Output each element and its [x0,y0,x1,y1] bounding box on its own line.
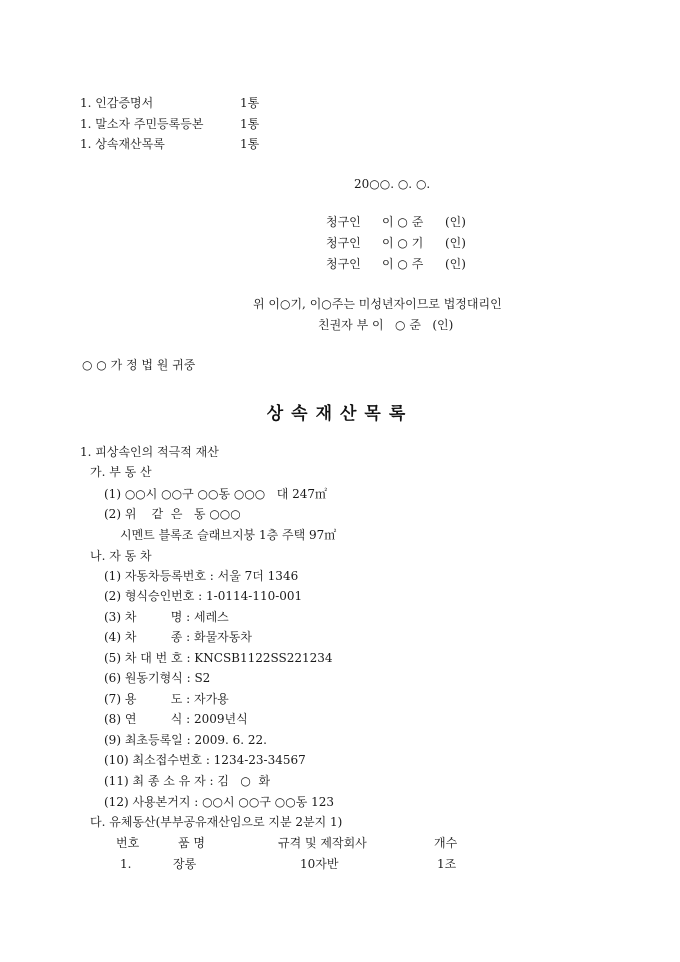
attachment-qty: 1통 [240,116,259,132]
vehicle-item: (8) 연 식 : 2009년식 [104,711,248,727]
vehicle-item: (10) 최소접수번호 : 1234-23-34567 [104,752,306,768]
vehicle-item: (11) 최 종 소 유 자 : 김 ○ 화 [104,773,270,789]
table-cell-count: 1조 [437,856,456,872]
real-estate-item: (1) ○○시 ○○구 ○○동 ○○○ 대 247㎡ [104,486,327,502]
section-heading: 1. 피상속인의 적극적 재산 [80,444,219,460]
claimant-name: 이 ○ 준 [382,214,423,230]
claimant-name: 이 ○ 주 [382,256,423,272]
attachment-qty: 1통 [240,95,259,111]
document-title: 상속재산목록 [0,399,680,424]
claimant-seal: (인) [445,214,466,230]
table-cell-number: 1. [120,856,131,872]
vehicle-item: (9) 최초등록일 : 2009. 6. 22. [104,732,267,748]
attachment-item: 1. 상속재산목록 [80,136,165,152]
real-estate-item: (2) 위 같 은 동 ○○○ [104,506,241,522]
claimant-role: 청구인 [326,214,361,230]
claimant-seal: (인) [445,256,466,272]
vehicle-item: (3) 차 명 : 세레스 [104,609,229,625]
table-header-number: 번호 [116,835,139,851]
subsection-heading-movables: 다. 유체동산(부부공유재산임으로 지분 2분지 1) [90,814,342,830]
claimant-role: 청구인 [326,256,361,272]
attachment-item: 1. 인감증명서 [80,95,153,111]
court-addressee: ○ ○ 가 정 법 원 귀중 [82,357,195,373]
vehicle-item: (1) 자동차등록번호 : 서울 7더 1346 [104,568,298,584]
subsection-heading-real-estate: 가. 부 동 산 [90,464,152,480]
vehicle-item: (6) 원동기형식 : S2 [104,670,210,686]
vehicle-item: (5) 차 대 번 호 : KNCSB1122SS221234 [104,650,333,666]
document-date: 20○○. ○. ○. [354,176,430,192]
table-header-item-name: 품 명 [178,835,205,851]
vehicle-item: (2) 형식승인번호 : 1-0114-110-001 [104,588,302,604]
attachment-item: 1. 말소자 주민등록등본 [80,116,203,132]
real-estate-item: 시멘트 블록조 슬래브지붕 1층 주택 97㎡ [120,527,336,543]
claimant-name: 이 ○ 기 [382,235,423,251]
table-header-count: 개수 [434,835,457,851]
claimant-role: 청구인 [326,235,361,251]
proxy-guardian: 친권자 부 이 ○ 준 (인) [318,317,453,333]
table-header-spec-maker: 규격 및 제작회사 [278,835,367,851]
claimant-seal: (인) [445,235,466,251]
vehicle-item: (4) 차 종 : 화물자동차 [104,629,252,645]
vehicle-item: (12) 사용본거지 : ○○시 ○○구 ○○동 123 [104,794,334,810]
subsection-heading-vehicle: 나. 자 동 차 [90,548,152,564]
table-cell-spec-maker: 10자반 [300,856,338,872]
attachment-qty: 1통 [240,136,259,152]
table-cell-item-name: 장롱 [173,856,196,872]
proxy-statement: 위 이○기, 이○주는 미성년자이므로 법정대리인 [253,296,502,312]
vehicle-item: (7) 용 도 : 자가용 [104,691,229,707]
